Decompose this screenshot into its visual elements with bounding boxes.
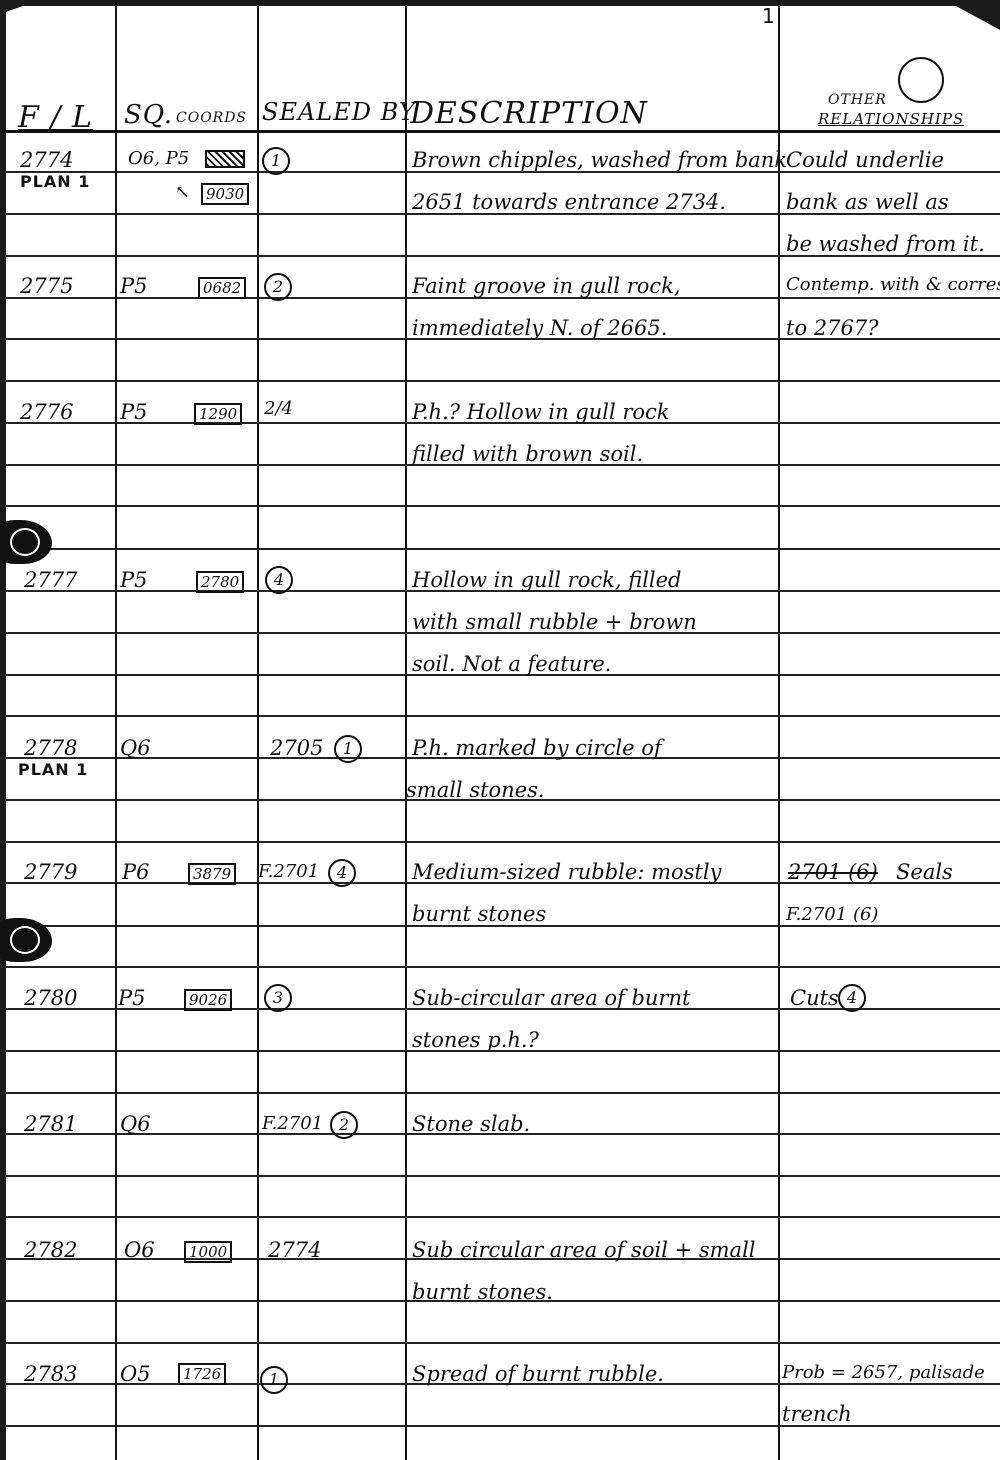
square: P5: [118, 988, 146, 1009]
sealed-by: 3: [264, 984, 292, 1012]
description-line: soil. Not a feature.: [412, 654, 611, 675]
relationship-circle: 4: [838, 984, 866, 1012]
description-line: filled with brown soil.: [412, 444, 643, 465]
sealed-by: 1: [260, 1366, 288, 1394]
relationship-line: trench: [782, 1404, 852, 1425]
sealed-by: 4: [328, 859, 356, 887]
sealed-by: 1: [262, 147, 290, 175]
sealed-by-ref: F.2701: [258, 863, 319, 881]
square: Q6: [120, 738, 151, 759]
fl-number: 2778: [24, 738, 77, 759]
header-description: DESCRIPTION: [410, 96, 648, 131]
arrow-icon: ↖: [175, 184, 190, 202]
ruled-line: [0, 1342, 1000, 1344]
description-line: burnt stones.: [412, 1282, 553, 1303]
description-line: small stones.: [406, 780, 545, 801]
column-divider: [405, 0, 407, 1460]
square: O6: [124, 1240, 155, 1261]
ruled-line: [0, 1175, 1000, 1177]
description-line: Faint groove in gull rock,: [412, 276, 681, 297]
page-mark: 1: [762, 4, 775, 28]
coords: 3879: [188, 862, 236, 883]
coords-hatched: [205, 150, 245, 172]
circle-mark: [898, 57, 944, 103]
fl-number: 2774: [20, 150, 73, 171]
column-divider: [257, 0, 259, 1460]
relationship-line: to 2767?: [786, 318, 878, 339]
plan-note: PLAN 1: [20, 174, 90, 190]
coords: 1726: [178, 1362, 226, 1383]
struck-relationship: 2701 (6): [788, 862, 878, 883]
description-line: with small rubble + brown: [412, 612, 697, 633]
square: P5: [120, 276, 148, 297]
sealed-by-ref: 2705: [270, 738, 323, 759]
sealed-by: 2: [330, 1111, 358, 1139]
sealed-by: 4: [265, 566, 293, 594]
relationship-line: Cuts: [790, 988, 839, 1009]
fl-number: 2783: [24, 1364, 77, 1385]
scan-edge-left: [0, 0, 6, 1460]
description-line: Stone slab.: [412, 1114, 530, 1135]
square: P5: [120, 570, 148, 591]
punch-hole: [0, 520, 52, 564]
relationship-line: Contemp. with & corresp.: [786, 276, 1000, 294]
ruled-line: [0, 966, 1000, 968]
coords: 2780: [196, 570, 244, 591]
relationship-line: Seals: [896, 862, 953, 883]
column-divider: [115, 0, 117, 1460]
description-line: Medium-sized rubble: mostly: [412, 862, 721, 883]
header-sealed-by: SEALED BY: [262, 98, 416, 126]
header-sq: SQ.: [124, 100, 173, 130]
coords: 1000: [184, 1240, 232, 1261]
ruled-line: [0, 1092, 1000, 1094]
coords: 1290: [194, 402, 242, 423]
square: Q6: [120, 1114, 151, 1135]
description-line: Brown chipples, washed from bank: [412, 150, 787, 171]
description-line: stones p.h.?: [412, 1030, 539, 1051]
description-line: Sub circular area of soil + small: [412, 1240, 756, 1261]
column-divider: [778, 0, 780, 1460]
header-relationships: RELATIONSHIPS: [818, 110, 964, 128]
fl-number: 2779: [24, 862, 77, 883]
square: O6, P5: [128, 150, 189, 168]
sealed-by: 1: [334, 735, 362, 763]
fl-number: 2780: [24, 988, 77, 1009]
ruled-line: [0, 505, 1000, 507]
description-line: Sub-circular area of burnt: [412, 988, 690, 1009]
fl-number: 2782: [24, 1240, 77, 1261]
relationship-line: bank as well as: [786, 192, 949, 213]
register-sheet: 1 F / L SQ. COORDS SEALED BY DESCRIPTION…: [0, 0, 1000, 1460]
header-other: OTHER: [828, 92, 887, 108]
description-line: Spread of burnt rubble.: [412, 1364, 664, 1385]
square: O5: [120, 1364, 151, 1385]
ruled-line: [0, 841, 1000, 843]
relationship-line: Prob = 2657, palisade: [782, 1364, 985, 1382]
fl-number: 2775: [20, 276, 73, 297]
relationship-line: be washed from it.: [786, 234, 985, 255]
coords: 9030: [201, 182, 249, 203]
description-line: 2651 towards entrance 2734.: [412, 192, 726, 213]
description-line: P.h.? Hollow in gull rock: [412, 402, 670, 423]
header-fl: F / L: [18, 100, 93, 135]
description-line: burnt stones: [412, 904, 546, 925]
coords: 9026: [184, 988, 232, 1009]
relationship-line: Could underlie: [786, 150, 944, 171]
scan-edge-top: [0, 0, 1000, 6]
header-coords: COORDS: [176, 110, 247, 126]
plan-note: PLAN 1: [18, 762, 88, 778]
ruled-line: [0, 548, 1000, 550]
scan-corner: [945, 0, 1000, 30]
description-line: P.h. marked by circle of: [412, 738, 662, 759]
ruled-line: [0, 1216, 1000, 1218]
sealed-by-ref: 2774: [268, 1240, 321, 1261]
fl-number: 2777: [24, 570, 77, 591]
sealed-by: 2/4: [264, 400, 293, 418]
description-line: immediately N. of 2665.: [412, 318, 667, 339]
square: P5: [120, 402, 148, 423]
ruled-line: [0, 715, 1000, 717]
fl-number: 2776: [20, 402, 73, 423]
square: P6: [122, 862, 150, 883]
fl-number: 2781: [24, 1114, 77, 1135]
sealed-by-ref: F.2701: [262, 1115, 323, 1133]
relationship-line: F.2701 (6): [786, 906, 878, 924]
description-line: Hollow in gull rock, filled: [412, 570, 682, 591]
sealed-by: 2: [264, 273, 292, 301]
ruled-line: [0, 380, 1000, 382]
coords: 0682: [198, 276, 246, 297]
scan-corner: [0, 0, 40, 14]
